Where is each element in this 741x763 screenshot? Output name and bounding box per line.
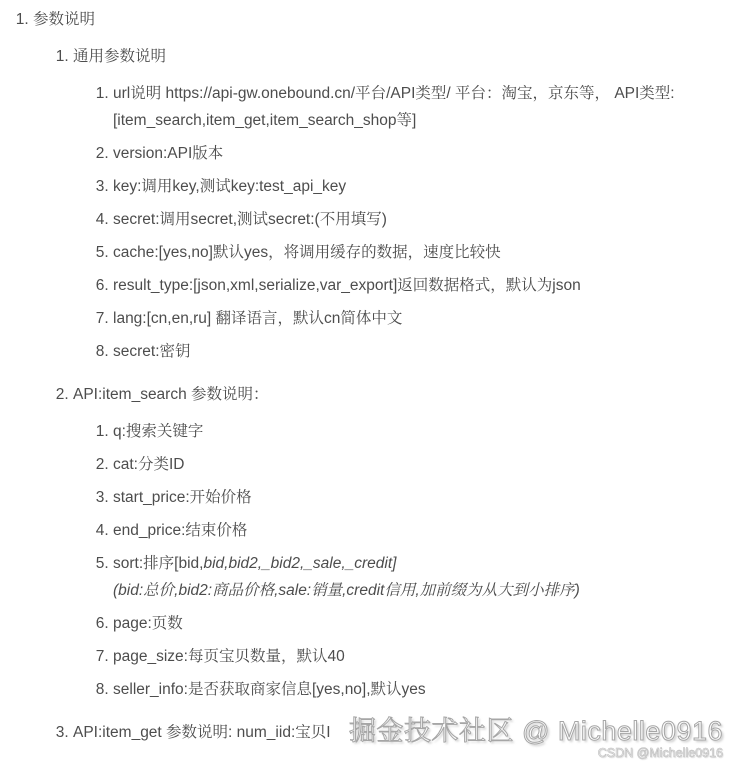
text-segment: secret:密钥 [113, 343, 191, 360]
list-item-line: start_price:开始价格 [113, 484, 733, 511]
text-segment: start_price:开始价格 [113, 489, 252, 506]
list-item-line: 参数说明 [33, 6, 733, 33]
text-segment: q:搜索关键字 [113, 423, 203, 440]
list-item-line: seller_info:是否获取商家信息[yes,no],默认yes [113, 676, 733, 703]
list-item: API:item_search 参数说明：q:搜索关键字cat:分类IDstar… [73, 381, 733, 703]
ordered-list-depth-2: q:搜索关键字cat:分类IDstart_price:开始价格end_price… [73, 418, 733, 703]
list-item-line: (bid:总价,bid2:商品价格,sale:销量,credit信用,加前缀为从… [113, 577, 733, 604]
list-item-line: API:item_search 参数说明： [73, 381, 733, 408]
text-segment: page_size:每页宝贝数量，默认40 [113, 648, 345, 665]
list-item: end_price:结束价格 [113, 517, 733, 544]
list-item: cat:分类ID [113, 451, 733, 478]
list-item-line: key:调用key,测试key:test_api_key [113, 173, 733, 200]
text-segment: 参数说明 [33, 11, 95, 28]
ordered-list-depth-2: url说明 https://api-gw.onebound.cn/平台/API类… [73, 80, 733, 365]
text-segment: cat:分类ID [113, 456, 184, 473]
list-item: result_type:[json,xml,serialize,var_expo… [113, 272, 733, 299]
list-item: key:调用key,测试key:test_api_key [113, 173, 733, 200]
watermark-secondary-text: CSDN @Michelle0916 [349, 746, 723, 760]
ordered-list-depth-1: 通用参数说明url说明 https://api-gw.onebound.cn/平… [33, 43, 733, 746]
list-item-line: url说明 https://api-gw.onebound.cn/平台/API类… [113, 80, 733, 107]
text-segment: seller_info:是否获取商家信息[yes,no],默认yes [113, 681, 426, 698]
text-segment: sort:排序[bid, [113, 555, 203, 572]
list-item: q:搜索关键字 [113, 418, 733, 445]
list-item: lang:[cn,en,ru] 翻译语言，默认cn简体中文 [113, 305, 733, 332]
text-segment: version:API版本 [113, 145, 223, 162]
list-item: cache:[yes,no]默认yes，将调用缓存的数据，速度比较快 [113, 239, 733, 266]
text-segment: end_price:结束价格 [113, 522, 247, 539]
list-item-line: page:页数 [113, 610, 733, 637]
text-segment: url说明 https://api-gw.onebound.cn/平台/API类… [113, 85, 675, 102]
list-item-line: cat:分类ID [113, 451, 733, 478]
text-segment: result_type:[json,xml,serialize,var_expo… [113, 277, 581, 294]
list-item: API:item_get 参数说明: num_iid:宝贝I [73, 719, 733, 746]
list-item-line: secret:调用secret,测试secret:(不用填写) [113, 206, 733, 233]
list-item-line: cache:[yes,no]默认yes，将调用缓存的数据，速度比较快 [113, 239, 733, 266]
italic-text-segment: bid,bid2,_bid2,_sale,_credit] [203, 555, 396, 572]
ordered-list-depth-0: 参数说明通用参数说明url说明 https://api-gw.onebound.… [18, 6, 733, 746]
text-segment: lang:[cn,en,ru] 翻译语言，默认cn简体中文 [113, 310, 402, 327]
list-item-line: lang:[cn,en,ru] 翻译语言，默认cn简体中文 [113, 305, 733, 332]
list-item: version:API版本 [113, 140, 733, 167]
list-item-line: secret:密钥 [113, 338, 733, 365]
api-parameter-document: 参数说明通用参数说明url说明 https://api-gw.onebound.… [0, 0, 741, 746]
list-item-line: [item_search,item_get,item_search_shop等] [113, 107, 733, 134]
list-item-line: q:搜索关键字 [113, 418, 733, 445]
list-item-line: end_price:结束价格 [113, 517, 733, 544]
list-item-line: 通用参数说明 [73, 43, 733, 70]
text-segment: cache:[yes,no]默认yes，将调用缓存的数据，速度比较快 [113, 244, 501, 261]
list-item: sort:排序[bid,bid,bid2,_bid2,_sale,_credit… [113, 550, 733, 604]
list-item-line: page_size:每页宝贝数量，默认40 [113, 643, 733, 670]
list-item: page_size:每页宝贝数量，默认40 [113, 643, 733, 670]
list-item-line: version:API版本 [113, 140, 733, 167]
text-segment: API:item_get 参数说明: num_iid:宝贝I [73, 724, 331, 741]
text-segment: API:item_search 参数说明： [73, 386, 269, 403]
list-item: start_price:开始价格 [113, 484, 733, 511]
list-item: seller_info:是否获取商家信息[yes,no],默认yes [113, 676, 733, 703]
list-item: secret:密钥 [113, 338, 733, 365]
text-segment: 通用参数说明 [73, 48, 166, 65]
list-item: page:页数 [113, 610, 733, 637]
text-segment: page:页数 [113, 615, 183, 632]
list-item-line: result_type:[json,xml,serialize,var_expo… [113, 272, 733, 299]
text-segment: [item_search,item_get,item_search_shop等] [113, 112, 416, 129]
list-item: 通用参数说明url说明 https://api-gw.onebound.cn/平… [73, 43, 733, 365]
list-item-line: API:item_get 参数说明: num_iid:宝贝I [73, 719, 733, 746]
italic-text-segment: (bid:总价,bid2:商品价格,sale:销量,credit信用,加前缀为从… [113, 582, 580, 599]
list-item: 参数说明通用参数说明url说明 https://api-gw.onebound.… [33, 6, 733, 746]
list-item: url说明 https://api-gw.onebound.cn/平台/API类… [113, 80, 733, 134]
text-segment: key:调用key,测试key:test_api_key [113, 178, 346, 195]
list-item: secret:调用secret,测试secret:(不用填写) [113, 206, 733, 233]
text-segment: secret:调用secret,测试secret:(不用填写) [113, 211, 387, 228]
list-item-line: sort:排序[bid,bid,bid2,_bid2,_sale,_credit… [113, 550, 733, 577]
